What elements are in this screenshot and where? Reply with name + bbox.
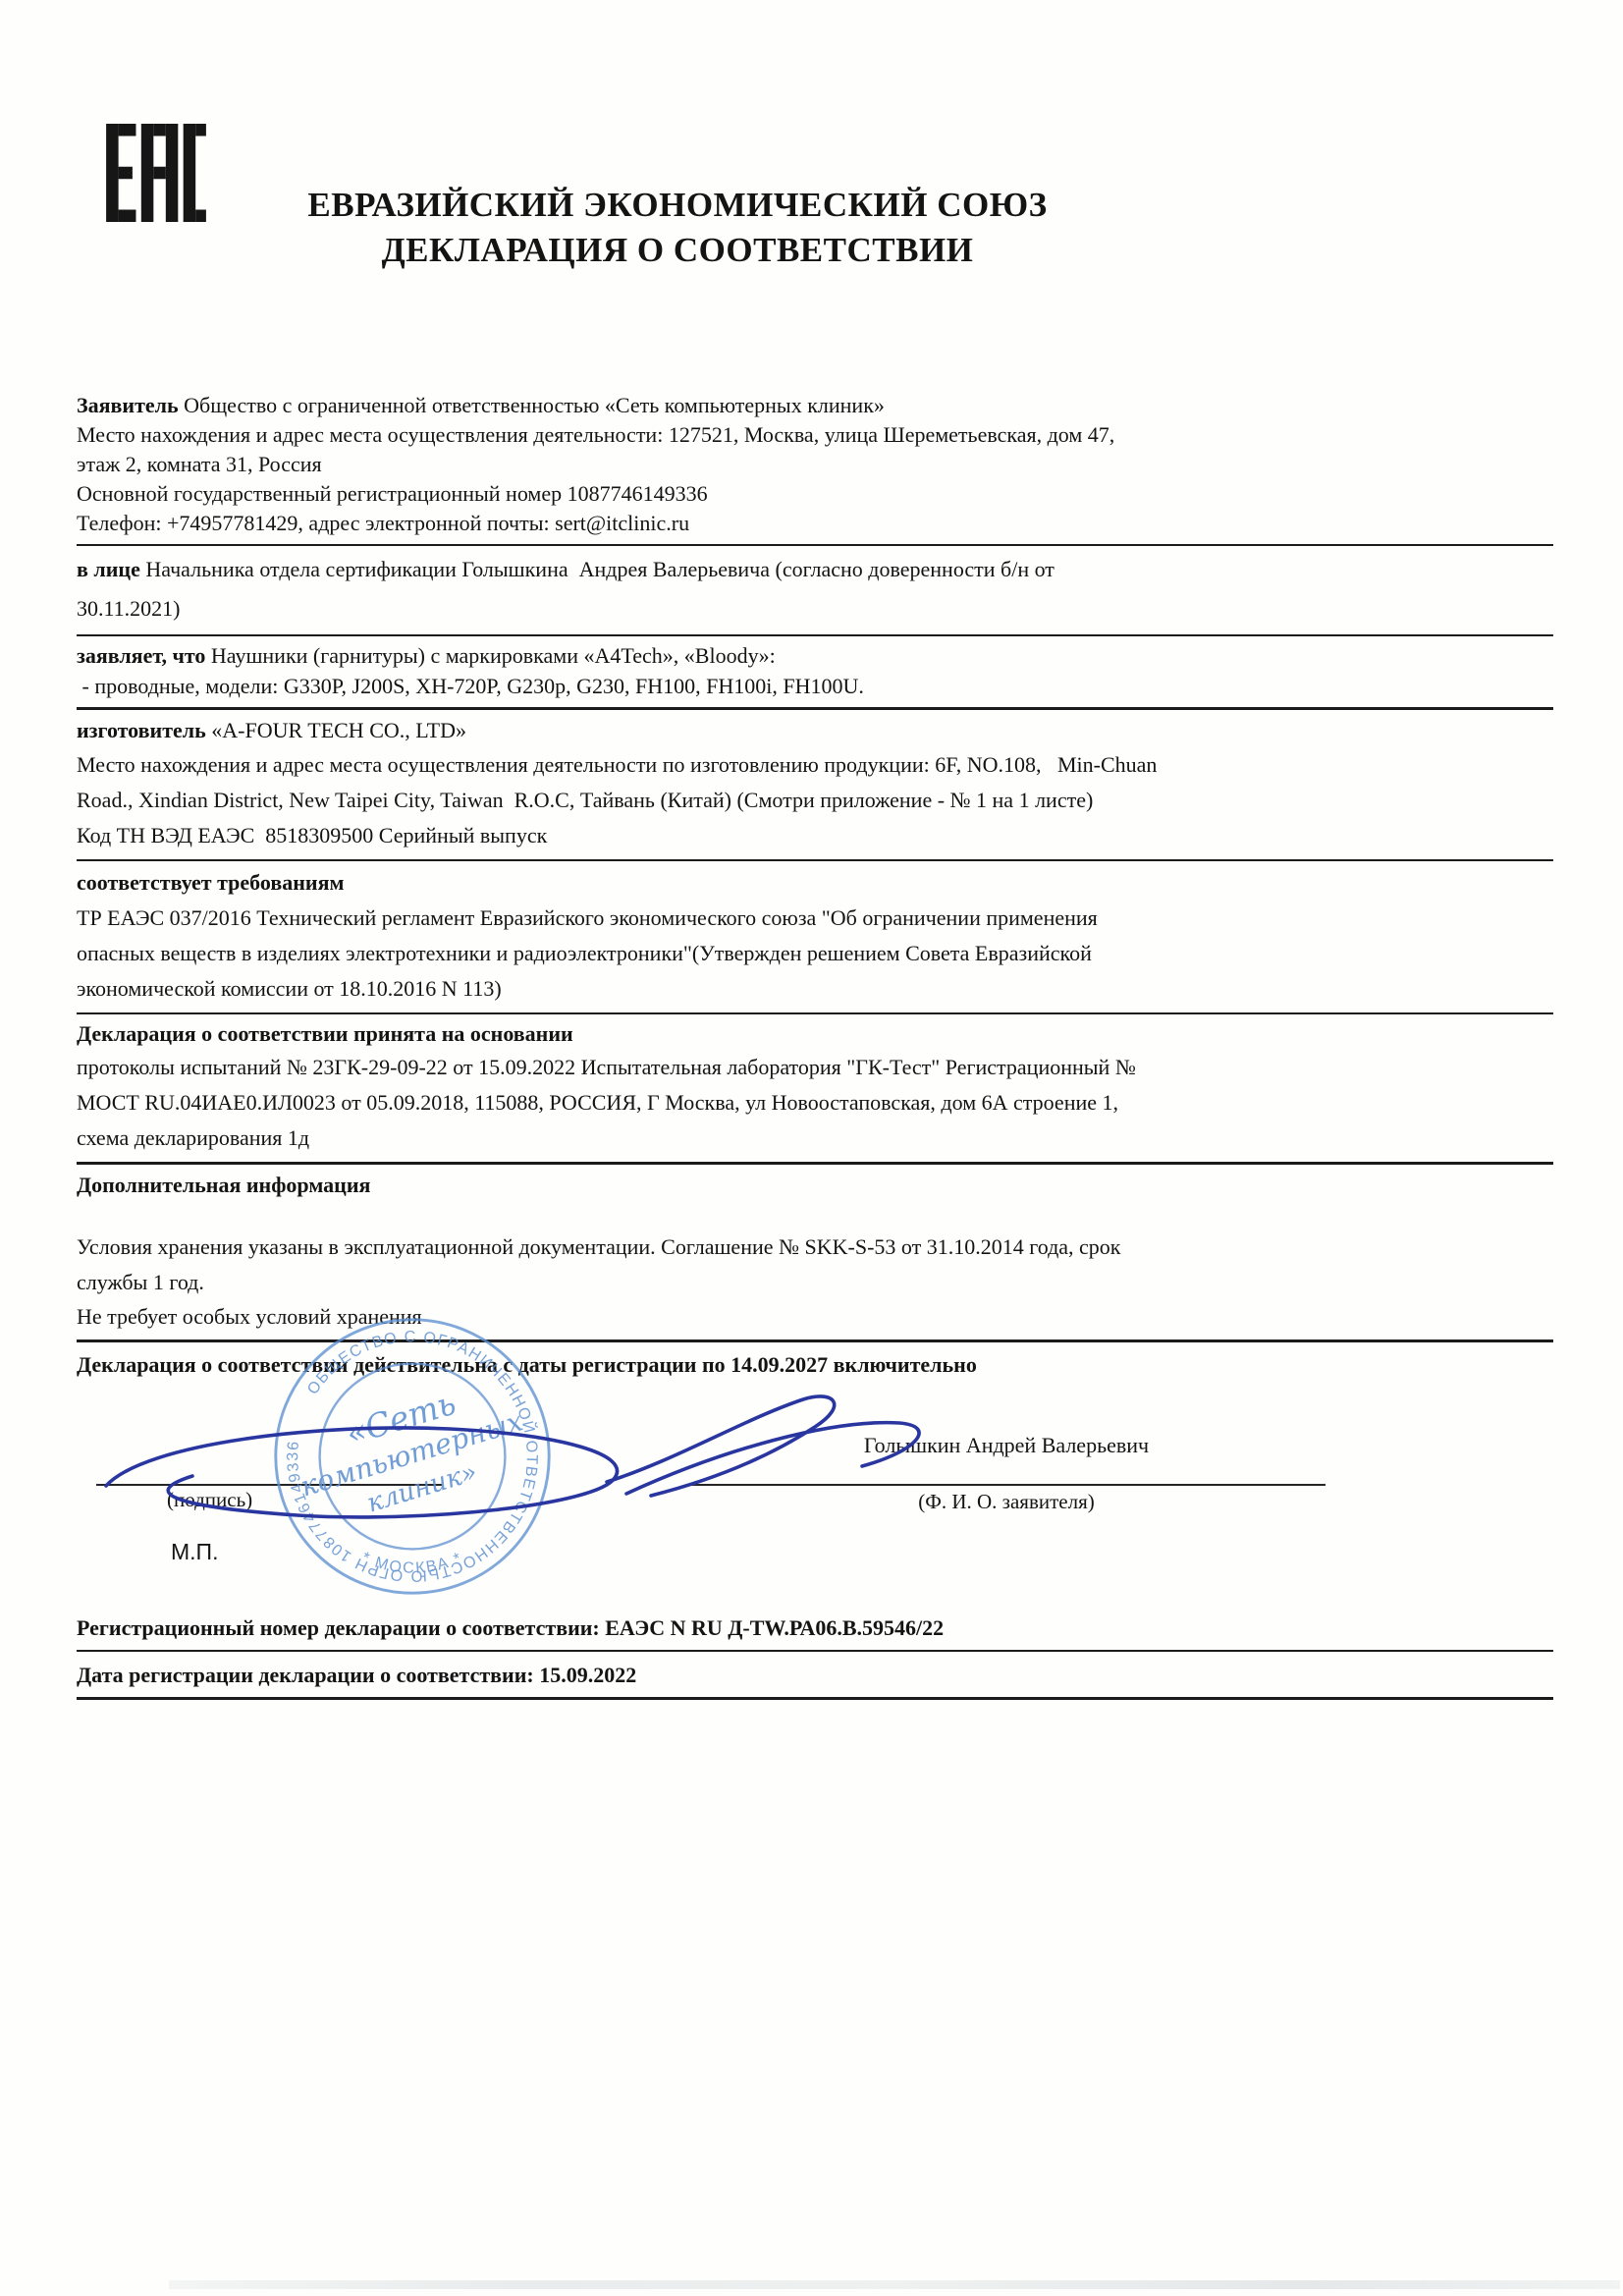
- section-divider: [77, 859, 1553, 861]
- section-divider: [77, 634, 1553, 636]
- title-declaration-line: ДЕКЛАРАЦИЯ О СООТВЕТСТВИИ: [245, 228, 1109, 273]
- basis-heading: Декларация о соответствии принята на осн…: [77, 1018, 1553, 1050]
- applicant-ogrn-line: Основной государственный регистрационный…: [77, 479, 1553, 509]
- eac-logo-graphic: [106, 124, 206, 222]
- compliance-line-2: опасных веществ в изделиях электротехник…: [77, 936, 1553, 971]
- section-divider: [77, 707, 1553, 710]
- compliance-line-1: ТР ЕАЭС 037/2016 Технический регламент Е…: [77, 901, 1553, 936]
- registration-date-line: Дата регистрации декларации о соответств…: [77, 1660, 1553, 1700]
- handwritten-signature: [77, 1380, 1117, 1606]
- representative-date-line: 30.11.2021): [77, 589, 1553, 629]
- manufacturer-address-line-2: Road., Xindian District, New Taipei City…: [77, 783, 1553, 818]
- compliance-heading: соответствует требованиям: [77, 865, 1553, 901]
- section-divider: [77, 544, 1553, 546]
- manufacturer-name: «A-FOUR TECH CO., LTD»: [206, 718, 466, 742]
- manufacturer-address-line-1: Место нахождения и адрес места осуществл…: [77, 747, 1553, 783]
- representative-line: в лице Начальника отдела сертификации Го…: [77, 550, 1553, 589]
- applicant-contacts-line: Телефон: +74957781429, адрес электронной…: [77, 509, 1553, 538]
- representative-text: Начальника отдела сертификации Голышкина…: [140, 557, 1055, 581]
- applicant-line: Заявитель Общество с ограниченной ответс…: [77, 391, 1553, 420]
- document-body: Заявитель Общество с ограниченной ответс…: [77, 391, 1553, 1700]
- section-divider: [77, 1012, 1553, 1014]
- section-divider: [77, 1162, 1553, 1165]
- compliance-line-3: экономической комиссии от 18.10.2016 N 1…: [77, 971, 1553, 1007]
- additional-info-heading: Дополнительная информация: [77, 1169, 1553, 1202]
- applicant-address-line-2: этаж 2, комната 31, Россия: [77, 450, 1553, 479]
- manufacturer-label: изготовитель: [77, 718, 206, 742]
- declares-line: заявляет, что Наушники (гарнитуры) с мар…: [77, 640, 1553, 671]
- applicant-address-line-1: Место нахождения и адрес места осуществл…: [77, 420, 1553, 450]
- spacer: [77, 1202, 1553, 1230]
- basis-line-3: схема декларирования 1д: [77, 1121, 1553, 1156]
- signature-block: ОБЩЕСТВО С ОГРАНИЧЕННОЙ ОТВЕТСТВЕННОСТЬЮ…: [77, 1390, 1553, 1601]
- product-models-line: - проводные, модели: G330P, J200S, XH-72…: [77, 671, 1553, 701]
- manufacturer-line: изготовитель «A-FOUR TECH CO., LTD»: [77, 714, 1553, 747]
- document-title: ЕВРАЗИЙСКИЙ ЭКОНОМИЧЕСКИЙ СОЮЗ ДЕКЛАРАЦИ…: [245, 183, 1109, 273]
- additional-info-line-1: Условия хранения указаны в эксплуатацион…: [77, 1230, 1553, 1265]
- basis-line-1: протоколы испытаний № 23ГК-29-09-22 от 1…: [77, 1050, 1553, 1085]
- title-union-line: ЕВРАЗИЙСКИЙ ЭКОНОМИЧЕСКИЙ СОЮЗ: [245, 183, 1109, 228]
- additional-info-line-2: службы 1 год.: [77, 1265, 1553, 1300]
- applicant-label: Заявитель: [77, 393, 179, 417]
- eac-logo: [106, 124, 206, 227]
- customs-code-line: Код ТН ВЭД ЕАЭС 8518309500 Серийный выпу…: [77, 818, 1553, 853]
- declares-text: Наушники (гарнитуры) с маркировками «A4T…: [205, 643, 775, 668]
- representative-label: в лице: [77, 557, 140, 581]
- declares-label: заявляет, что: [77, 643, 205, 668]
- basis-line-2: МОСТ RU.04ИАЕ0.ИЛ0023 от 05.09.2018, 115…: [77, 1085, 1553, 1121]
- scanner-shadow-artifact: [169, 2280, 1620, 2289]
- applicant-name: Общество с ограниченной ответственностью…: [179, 393, 885, 417]
- registration-number-line: Регистрационный номер декларации о соотв…: [77, 1613, 1553, 1652]
- declaration-document-page: ЕВРАЗИЙСКИЙ ЭКОНОМИЧЕСКИЙ СОЮЗ ДЕКЛАРАЦИ…: [0, 0, 1623, 2296]
